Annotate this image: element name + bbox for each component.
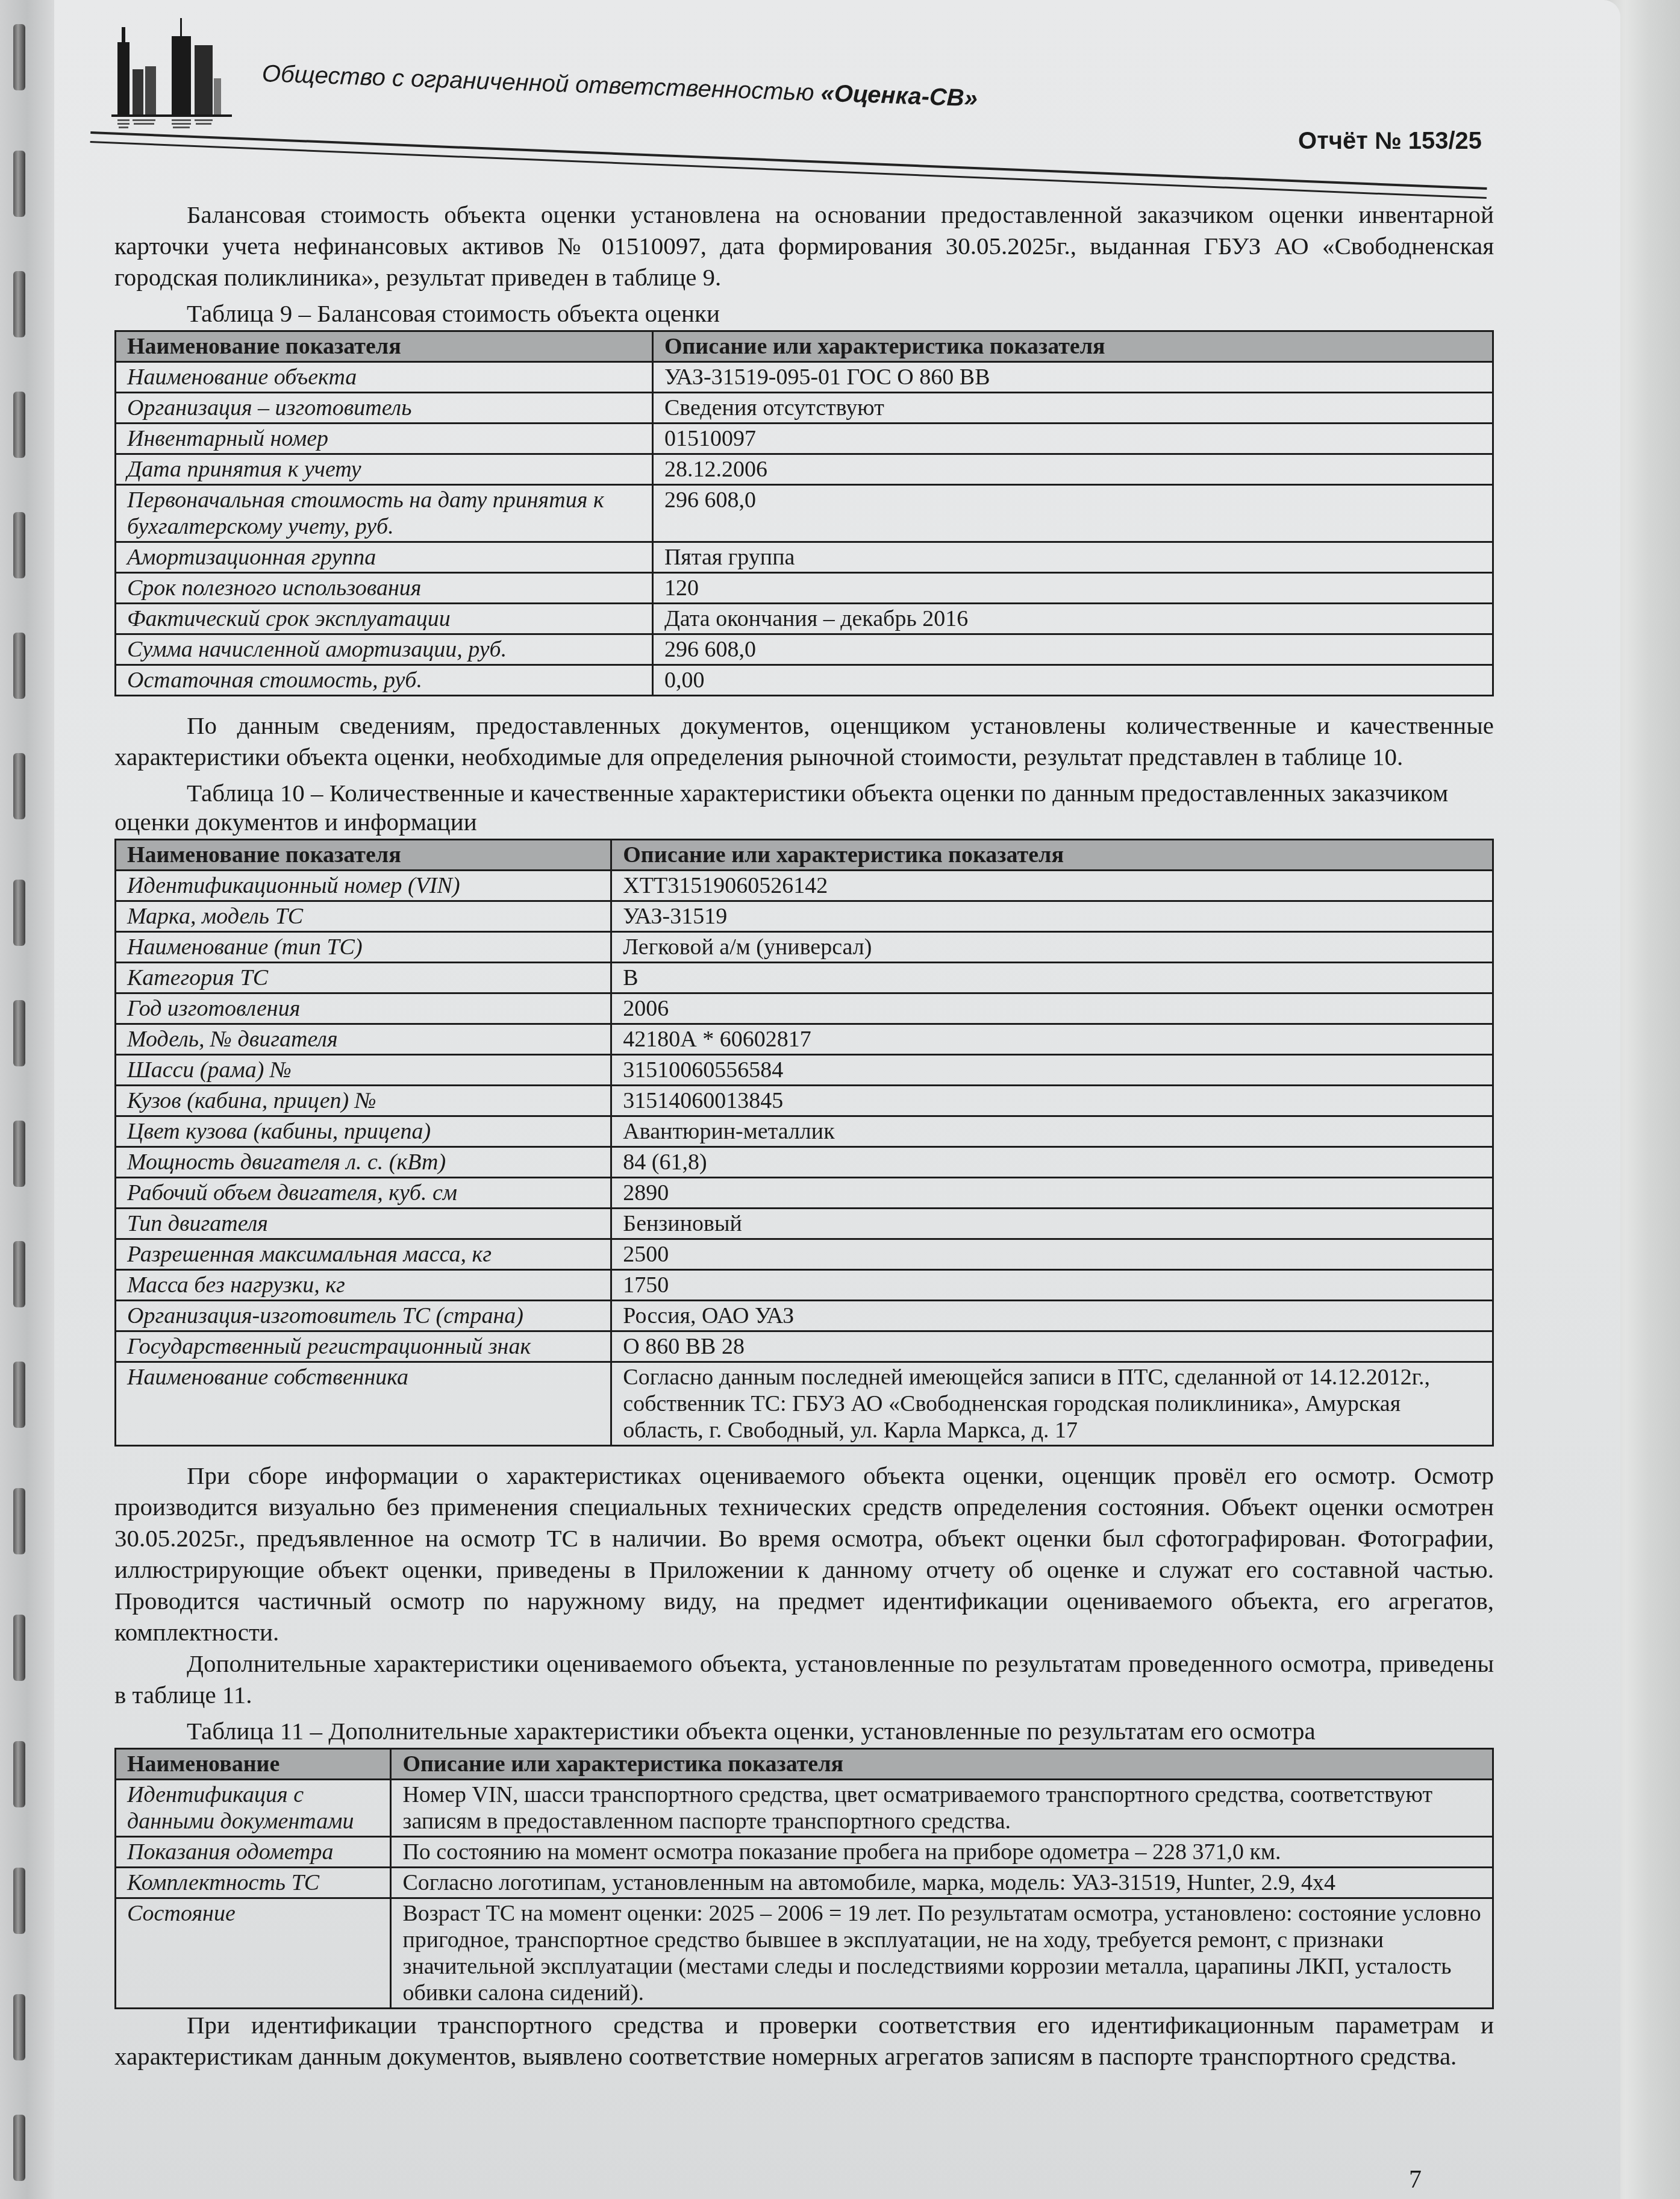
table-row: Разрешенная максимальная масса, кг2500 xyxy=(116,1239,1493,1270)
table-row: Срок полезного использования120 xyxy=(116,573,1493,604)
page-content: Общество с ограниченной ответственностью… xyxy=(114,0,1494,2072)
row-label: Комплектность ТС xyxy=(116,1868,391,1898)
table-row: Амортизационная группаПятая группа xyxy=(116,542,1493,573)
binding-ring xyxy=(13,1615,25,1681)
row-value: УАЗ-31519 xyxy=(611,901,1493,932)
table-row: Идентификация с данными документамиНомер… xyxy=(116,1780,1493,1837)
table-row: Остаточная стоимость, руб.0,00 xyxy=(116,665,1493,696)
binding-ring xyxy=(13,1741,25,1807)
column-header-name: Наименование показателя xyxy=(116,840,611,871)
column-header-description: Описание или характеристика показателя xyxy=(652,331,1493,362)
row-label: Идентификация с данными документами xyxy=(116,1780,391,1837)
table-row: Цвет кузова (кабины, прицепа)Авантюрин-м… xyxy=(116,1116,1493,1147)
table10-caption: Таблица 10 – Количественные и качественн… xyxy=(114,778,1494,836)
after-table9-paragraph: По данным сведениям, предоставленных док… xyxy=(114,710,1494,772)
table-row: Сумма начисленной амортизации, руб.296 6… xyxy=(116,634,1493,665)
row-label: Марка, модель ТС xyxy=(116,901,611,932)
table-row: Наименование объектаУАЗ-31519-095-01 ГОС… xyxy=(116,362,1493,393)
row-label: Цвет кузова (кабины, прицепа) xyxy=(116,1116,611,1147)
row-value: 31510060556584 xyxy=(611,1055,1493,1086)
row-label: Сумма начисленной амортизации, руб. xyxy=(116,634,653,665)
table-row: Государственный регистрационный знакО 86… xyxy=(116,1331,1493,1362)
header-divider xyxy=(90,131,1487,199)
table-row: Тип двигателяБензиновый xyxy=(116,1209,1493,1239)
row-label: Рабочий объем двигателя, куб. см xyxy=(116,1178,611,1209)
row-value: 2890 xyxy=(611,1178,1493,1209)
table-row: Марка, модель ТСУАЗ-31519 xyxy=(116,901,1493,932)
table-row: Шасси (рама) №31510060556584 xyxy=(116,1055,1493,1086)
conclusion-paragraph: При идентификации транспортного средства… xyxy=(114,2009,1494,2072)
row-value: Согласно данным последней имеющейся запи… xyxy=(611,1362,1493,1446)
table-header-row: НаименованиеОписание или характеристика … xyxy=(116,1749,1493,1780)
row-value: О 860 ВВ 28 xyxy=(611,1331,1493,1362)
row-value: Согласно логотипам, установленным на авт… xyxy=(391,1868,1493,1898)
table-header-row: Наименование показателяОписание или хара… xyxy=(116,331,1493,362)
row-value: 296 608,0 xyxy=(652,485,1493,542)
binding-ring xyxy=(13,1121,25,1187)
document-page: Общество с ограниченной ответственностью… xyxy=(0,0,1620,2199)
row-value: 1750 xyxy=(611,1270,1493,1301)
row-label: Масса без нагрузки, кг xyxy=(116,1270,611,1301)
table-row: Модель, № двигателя42180А * 60602817 xyxy=(116,1024,1493,1055)
row-label: Год изготовления xyxy=(116,993,611,1024)
table-row: Комплектность ТССогласно логотипам, уста… xyxy=(116,1868,1493,1898)
binding-ring xyxy=(13,633,25,699)
row-value: 2006 xyxy=(611,993,1493,1024)
binding-ring xyxy=(13,392,25,458)
row-label: Первоначальная стоимость на дату приняти… xyxy=(116,485,653,542)
table-balance-value: Наименование показателяОписание или хара… xyxy=(114,330,1494,696)
column-header-description: Описание или характеристика показателя xyxy=(611,840,1493,871)
row-label: Мощность двигателя л. с. (кВт) xyxy=(116,1147,611,1178)
binding-ring xyxy=(13,1362,25,1428)
row-value: 28.12.2006 xyxy=(652,454,1493,485)
table-row: Наименование (тип ТС)Легковой а/м (униве… xyxy=(116,932,1493,963)
row-label: Остаточная стоимость, руб. xyxy=(116,665,653,696)
binding-ring xyxy=(13,271,25,337)
binding-ring xyxy=(13,24,25,90)
row-label: Показания одометра xyxy=(116,1837,391,1868)
row-value: Номер VIN, шасси транспортного средства,… xyxy=(391,1780,1493,1837)
company-name: Общество с ограниченной ответственностью… xyxy=(261,60,978,112)
row-value: 01510097 xyxy=(652,424,1493,454)
column-header-description: Описание или характеристика показателя xyxy=(391,1749,1493,1780)
row-label: Наименование собственника xyxy=(116,1362,611,1446)
binding-ring xyxy=(13,1868,25,1934)
row-label: Разрешенная максимальная масса, кг xyxy=(116,1239,611,1270)
row-label: Государственный регистрационный знак xyxy=(116,1331,611,1362)
column-header-name: Наименование xyxy=(116,1749,391,1780)
binding-ring xyxy=(13,151,25,217)
table-row: Идентификационный номер (VIN)ХТТ31519060… xyxy=(116,871,1493,901)
row-label: Фактический срок эксплуатации xyxy=(116,604,653,634)
row-label: Модель, № двигателя xyxy=(116,1024,611,1055)
spiral-binding xyxy=(0,0,54,2199)
row-label: Идентификационный номер (VIN) xyxy=(116,871,611,901)
row-label: Наименование объекта xyxy=(116,362,653,393)
row-value: Возраст ТС на момент оценки: 2025 – 2006… xyxy=(391,1898,1493,2009)
row-value: 31514060013845 xyxy=(611,1086,1493,1116)
row-label: Срок полезного использования xyxy=(116,573,653,604)
table-row: Фактический срок эксплуатацииДата оконча… xyxy=(116,604,1493,634)
table-row: Инвентарный номер01510097 xyxy=(116,424,1493,454)
page-header: Общество с ограниченной ответственностью… xyxy=(114,0,1494,199)
row-value: ХТТ31519060526142 xyxy=(611,871,1493,901)
row-label: Организация-изготовитель ТС (страна) xyxy=(116,1301,611,1331)
row-label: Категория ТС xyxy=(116,963,611,993)
table-row: Кузов (кабина, прицеп) №31514060013845 xyxy=(116,1086,1493,1116)
table-row: Организация-изготовитель ТС (страна)Росс… xyxy=(116,1301,1493,1331)
row-value: 120 xyxy=(652,573,1493,604)
binding-ring xyxy=(13,1488,25,1554)
table-vehicle-characteristics: Наименование показателяОписание или хара… xyxy=(114,839,1494,1447)
binding-ring xyxy=(13,512,25,578)
additional-paragraph: Дополнительные характеристики оцениваемо… xyxy=(114,1648,1494,1710)
page-number: 7 xyxy=(1409,2165,1422,2194)
row-value: 2500 xyxy=(611,1239,1493,1270)
row-value: Бензиновый xyxy=(611,1209,1493,1239)
table-row: Категория ТСВ xyxy=(116,963,1493,993)
inspection-paragraph: При сборе информации о характеристиках о… xyxy=(114,1460,1494,1648)
table-row: Дата принятия к учету28.12.2006 xyxy=(116,454,1493,485)
binding-ring xyxy=(13,1994,25,2060)
row-value: По состоянию на момент осмотра показание… xyxy=(391,1837,1493,1868)
column-header-name: Наименование показателя xyxy=(116,331,653,362)
table-row: Первоначальная стоимость на дату приняти… xyxy=(116,485,1493,542)
row-value: 296 608,0 xyxy=(652,634,1493,665)
intro-paragraph: Балансовая стоимость объекта оценки уста… xyxy=(114,199,1494,293)
row-value: 84 (61,8) xyxy=(611,1147,1493,1178)
table-row: Показания одометраПо состоянию на момент… xyxy=(116,1837,1493,1868)
row-label: Тип двигателя xyxy=(116,1209,611,1239)
row-label: Инвентарный номер xyxy=(116,424,653,454)
row-value: Легковой а/м (универсал) xyxy=(611,932,1493,963)
table-row: Наименование собственникаСогласно данным… xyxy=(116,1362,1493,1446)
table-row: Организация – изготовительСведения отсут… xyxy=(116,393,1493,424)
row-value: В xyxy=(611,963,1493,993)
table9-caption: Таблица 9 – Балансовая стоимость объекта… xyxy=(114,299,1494,328)
row-value: Авантюрин-металлик xyxy=(611,1116,1493,1147)
row-value: Сведения отсутствуют xyxy=(652,393,1493,424)
binding-ring xyxy=(13,2115,25,2181)
binding-ring xyxy=(13,880,25,946)
table-row: Рабочий объем двигателя, куб. см2890 xyxy=(116,1178,1493,1209)
row-value: УАЗ-31519-095-01 ГОС О 860 ВВ xyxy=(652,362,1493,393)
row-value: Россия, ОАО УАЗ xyxy=(611,1301,1493,1331)
row-value: 0,00 xyxy=(652,665,1493,696)
table-row: Год изготовления2006 xyxy=(116,993,1493,1024)
city-skyline-logo-icon xyxy=(105,12,250,133)
table-row: Масса без нагрузки, кг1750 xyxy=(116,1270,1493,1301)
row-label: Состояние xyxy=(116,1898,391,2009)
row-value: 42180А * 60602817 xyxy=(611,1024,1493,1055)
binding-ring xyxy=(13,753,25,819)
table-row: Мощность двигателя л. с. (кВт)84 (61,8) xyxy=(116,1147,1493,1178)
binding-ring xyxy=(13,1000,25,1066)
row-value: Пятая группа xyxy=(652,542,1493,573)
table-inspection-results: НаименованиеОписание или характеристика … xyxy=(114,1748,1494,2009)
report-number: Отчёт № 153/25 xyxy=(1298,128,1482,155)
row-label: Шасси (рама) № xyxy=(116,1055,611,1086)
row-value: Дата окончания – декабрь 2016 xyxy=(652,604,1493,634)
row-label: Наименование (тип ТС) xyxy=(116,932,611,963)
row-label: Кузов (кабина, прицеп) № xyxy=(116,1086,611,1116)
table-header-row: Наименование показателяОписание или хара… xyxy=(116,840,1493,871)
row-label: Дата принятия к учету xyxy=(116,454,653,485)
table11-caption: Таблица 11 – Дополнительные характеристи… xyxy=(114,1716,1494,1745)
row-label: Организация – изготовитель xyxy=(116,393,653,424)
binding-ring xyxy=(13,1241,25,1307)
row-label: Амортизационная группа xyxy=(116,542,653,573)
table-row: СостояниеВозраст ТС на момент оценки: 20… xyxy=(116,1898,1493,2009)
